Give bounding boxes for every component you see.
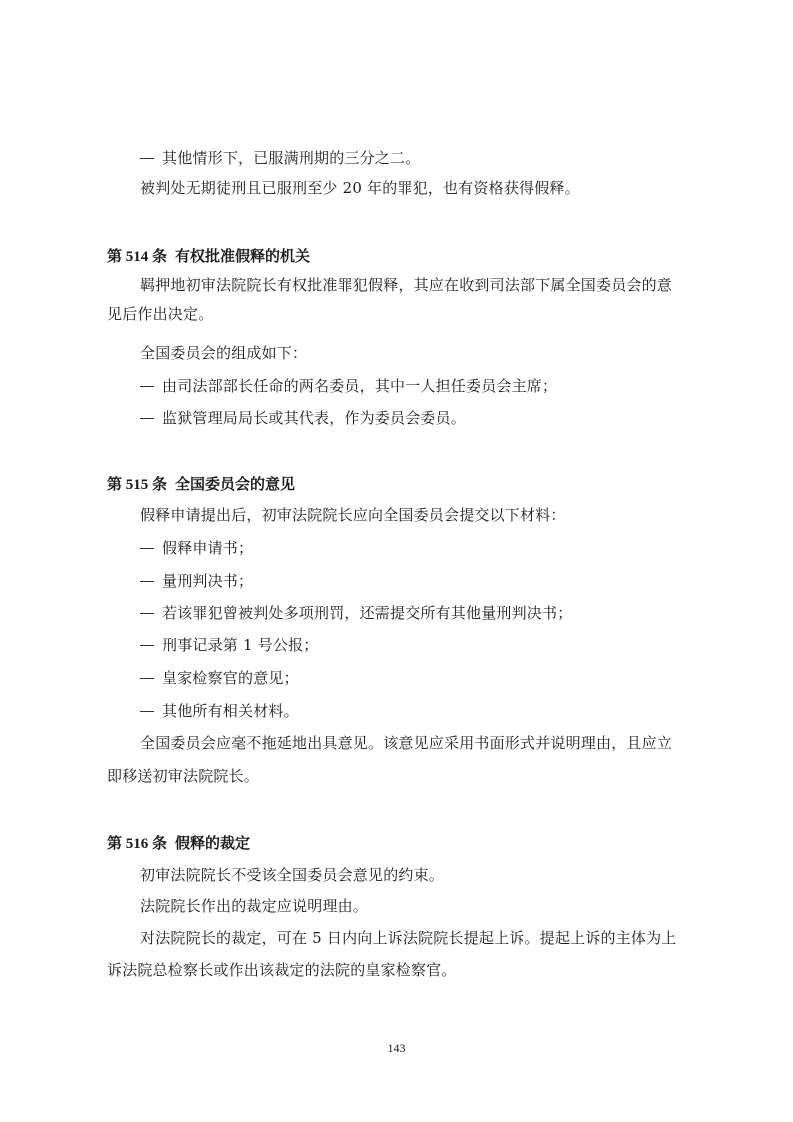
paragraph-continuation: 诉法院总检察长或作出该裁定的法院的皇家检察官。 [107, 960, 457, 980]
article-title: 全国委员会的意见 [175, 475, 295, 493]
article-title: 假释的裁定 [175, 834, 250, 852]
list-item-text: 若该罪犯曾被判处多项刑罚，还需提交所有其他量刑判决书； [162, 604, 572, 622]
paragraph: 法院院长作出的裁定应说明理由。 [140, 896, 368, 916]
article-number: 第 516 条 [107, 836, 167, 852]
paragraph: 全国委员会应毫不拖延地出具意见。该意见应采用书面形式并说明理由，且应立 [140, 733, 672, 753]
list-item-text: 皇家检察官的意见； [162, 669, 299, 687]
list-item: 量刑判决书； [140, 571, 253, 591]
list-item-text: 由司法部部长任命的两名委员，其中一人担任委员会主席； [162, 377, 557, 395]
dash-bullet-icon [140, 418, 154, 419]
list-item-text: 其他所有相关材料。 [162, 702, 299, 720]
list-item: 其他情形下，已服满刑期的三分之二。 [140, 148, 420, 168]
list-item-text: 监狱管理局局长或其代表，作为委员会委员。 [162, 409, 466, 427]
list-item-text: 刑事记录第 1 号公报； [162, 636, 318, 654]
list-item: 刑事记录第 1 号公报； [140, 635, 318, 655]
article-number: 第 515 条 [107, 477, 167, 493]
dash-bullet-icon [140, 386, 154, 387]
dash-bullet-icon [140, 158, 154, 159]
article-title: 有权批准假释的机关 [175, 247, 310, 265]
page-number: 143 [0, 1041, 793, 1056]
dash-bullet-icon [140, 645, 154, 646]
list-item: 皇家检察官的意见； [140, 668, 299, 688]
dash-bullet-icon [140, 613, 154, 614]
paragraph: 假释申请提出后，初审法院院长应向全国委员会提交以下材料： [140, 505, 566, 525]
paragraph: 对法院院长的裁定，可在 5 日内向上诉法院院长提起上诉。提起上诉的主体为上 [140, 928, 676, 948]
list-item-text: 量刑判决书； [162, 572, 253, 590]
dash-bullet-icon [140, 581, 154, 582]
article-heading-514: 第 514 条有权批准假释的机关 [107, 246, 310, 267]
dash-bullet-icon [140, 678, 154, 679]
list-item-text: 其他情形下，已服满刑期的三分之二。 [162, 149, 420, 167]
document-page: 其他情形下，已服满刑期的三分之二。 被判处无期徒刑且已服刑至少 20 年的罪犯，… [0, 0, 793, 1122]
dash-bullet-icon [140, 711, 154, 712]
paragraph: 羁押地初审法院院长有权批准罪犯假释，其应在收到司法部下属全国委员会的意 [140, 275, 672, 295]
list-item: 假释申请书； [140, 538, 253, 558]
paragraph: 全国委员会的组成如下： [140, 343, 307, 363]
paragraph-continuation: 即移送初审法院院长。 [107, 766, 259, 786]
dash-bullet-icon [140, 548, 154, 549]
article-heading-515: 第 515 条全国委员会的意见 [107, 474, 295, 495]
list-item: 由司法部部长任命的两名委员，其中一人担任委员会主席； [140, 376, 557, 396]
list-item: 其他所有相关材料。 [140, 701, 299, 721]
list-item: 监狱管理局局长或其代表，作为委员会委员。 [140, 408, 466, 428]
paragraph: 被判处无期徒刑且已服刑至少 20 年的罪犯，也有资格获得假释。 [140, 178, 580, 198]
paragraph-continuation: 见后作出决定。 [107, 304, 213, 324]
paragraph: 初审法院院长不受该全国委员会意见的约束。 [140, 865, 444, 885]
list-item-text: 假释申请书； [162, 539, 253, 557]
article-number: 第 514 条 [107, 249, 167, 265]
list-item: 若该罪犯曾被判处多项刑罚，还需提交所有其他量刑判决书； [140, 603, 572, 623]
article-heading-516: 第 516 条假释的裁定 [107, 833, 250, 854]
